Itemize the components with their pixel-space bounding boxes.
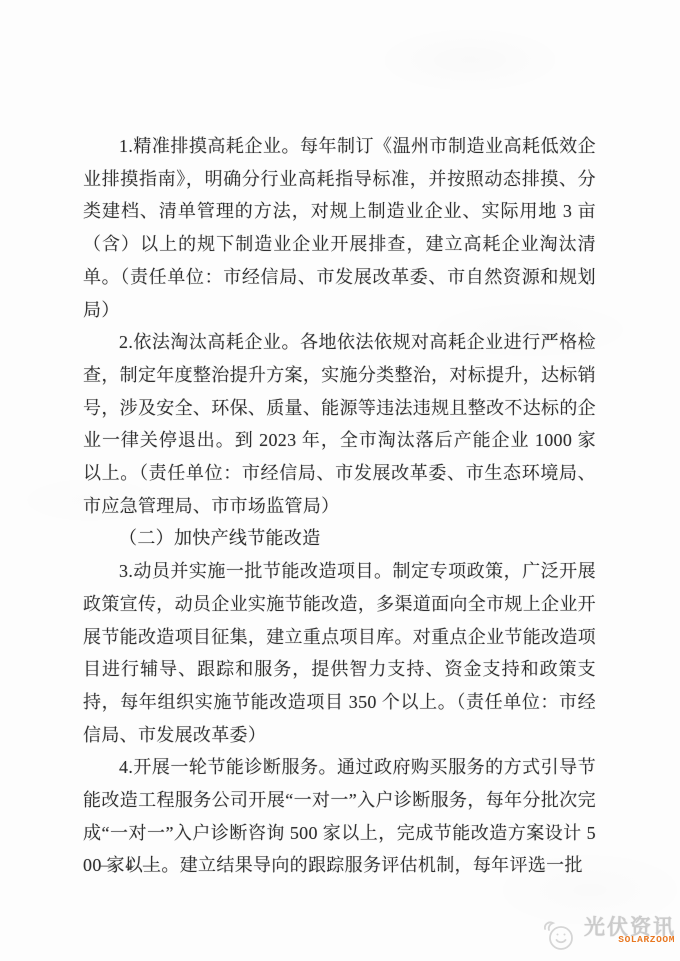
paragraph-measure-1: 1.精准排摸高耗企业。每年制订《温州市制造业高耗低效企业排摸指南》，明确分行业高…: [83, 130, 596, 326]
paragraph-measure-2: 2.依法淘汰高耗企业。各地依法依规对高耗企业进行严格检查，制定年度整治提升方案，…: [83, 326, 596, 522]
solarzoom-sun-logo-icon: [541, 919, 581, 955]
paragraph-measure-3: 3.动员并实施一批节能改造项目。制定专项政策，广泛开展政策宣传，动员企业实施节能…: [83, 555, 596, 751]
section-2-heading: （二）加快产线节能改造: [83, 522, 596, 555]
watermark-en-label: SOLARZOOM: [618, 934, 675, 946]
page-number: — 4 —: [100, 857, 162, 875]
document-page: 1.精准排摸高耗企业。每年制订《温州市制造业高耗低效企业排摸指南》，明确分行业高…: [0, 0, 680, 961]
solarzoom-watermark: 光伏资讯 SOLARZOOM: [541, 916, 676, 955]
document-body: 1.精准排摸高耗企业。每年制订《温州市制造业高耗低效企业排摸指南》，明确分行业高…: [83, 130, 596, 882]
watermark-text: 光伏资讯 SOLARZOOM: [584, 916, 676, 946]
